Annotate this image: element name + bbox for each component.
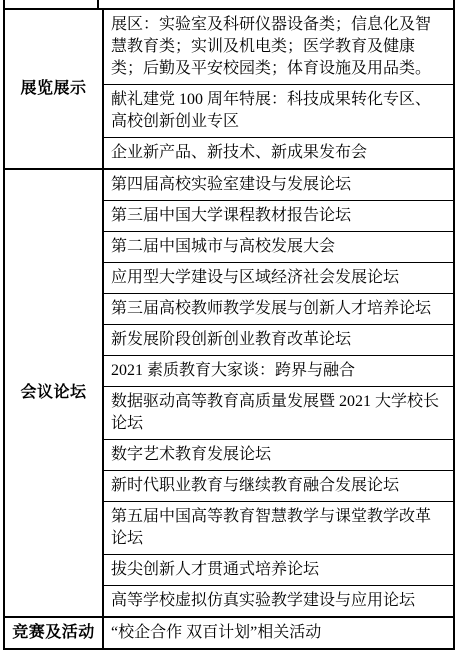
cell-forum-item: 新时代职业教育与继续教育融合发展论坛 <box>103 471 454 502</box>
cell-forum-item: 拔尖创新人才贯通式培养论坛 <box>103 555 454 586</box>
document-page: 展览展示 展区：实验室及科研仪器设备类；信息化及智慧教育类；实训及机电类；医学教… <box>0 0 465 656</box>
section-header-exhibition: 展览展示 <box>4 9 103 169</box>
cell-forum-item: 数据驱动高等教育高质量发展暨 2021 大学校长论坛 <box>103 387 454 440</box>
section-header-forums: 会议论坛 <box>4 169 103 617</box>
cell-forum-item: 第四届高校实验室建设与发展论坛 <box>103 169 454 201</box>
section-header-competitions: 竞赛及活动 <box>4 617 103 649</box>
cell-new-product-release: 企业新产品、新技术、新成果发布会 <box>103 138 454 170</box>
table-row: 会议论坛 第四届高校实验室建设与发展论坛 <box>4 169 454 201</box>
cell-forum-item: 新发展阶段创新创业教育改革论坛 <box>103 325 454 356</box>
cell-exhibit-zones: 展区：实验室及科研仪器设备类；信息化及智慧教育类；实训及机电类；医学教育及健康类… <box>103 9 454 85</box>
cell-forum-item: 应用型大学建设与区域经济社会发展论坛 <box>103 263 454 294</box>
cell-forum-item: 第五届中国高等教育智慧教学与课堂教学改革论坛 <box>103 502 454 555</box>
cell-forum-item: 第二届中国城市与高校发展大会 <box>103 232 454 263</box>
cell-anniversary-special: 献礼建党 100 周年特展：科技成果转化专区、高校创新创业专区 <box>103 85 454 138</box>
cell-forum-item: 第三届高校教师教学发展与创新人才培养论坛 <box>103 294 454 325</box>
cell-forum-item: 2021 素质教育大家谈：跨界与融合 <box>103 356 454 387</box>
table-row: 展览展示 展区：实验室及科研仪器设备类；信息化及智慧教育类；实训及机电类；医学教… <box>4 9 454 85</box>
cell-forum-item: 数字艺术教育发展论坛 <box>103 440 454 471</box>
cell-activity-item: “校企合作 双百计划”相关活动 <box>103 617 454 649</box>
cell-forum-item: 第三届中国大学课程教材报告论坛 <box>103 201 454 232</box>
event-schedule-table: 展览展示 展区：实验室及科研仪器设备类；信息化及智慧教育类；实训及机电类；医学教… <box>3 8 455 650</box>
table-row: 竞赛及活动 “校企合作 双百计划”相关活动 <box>4 617 454 649</box>
cell-forum-item: 高等学校虚拟仿真实验教学建设与应用论坛 <box>103 586 454 618</box>
